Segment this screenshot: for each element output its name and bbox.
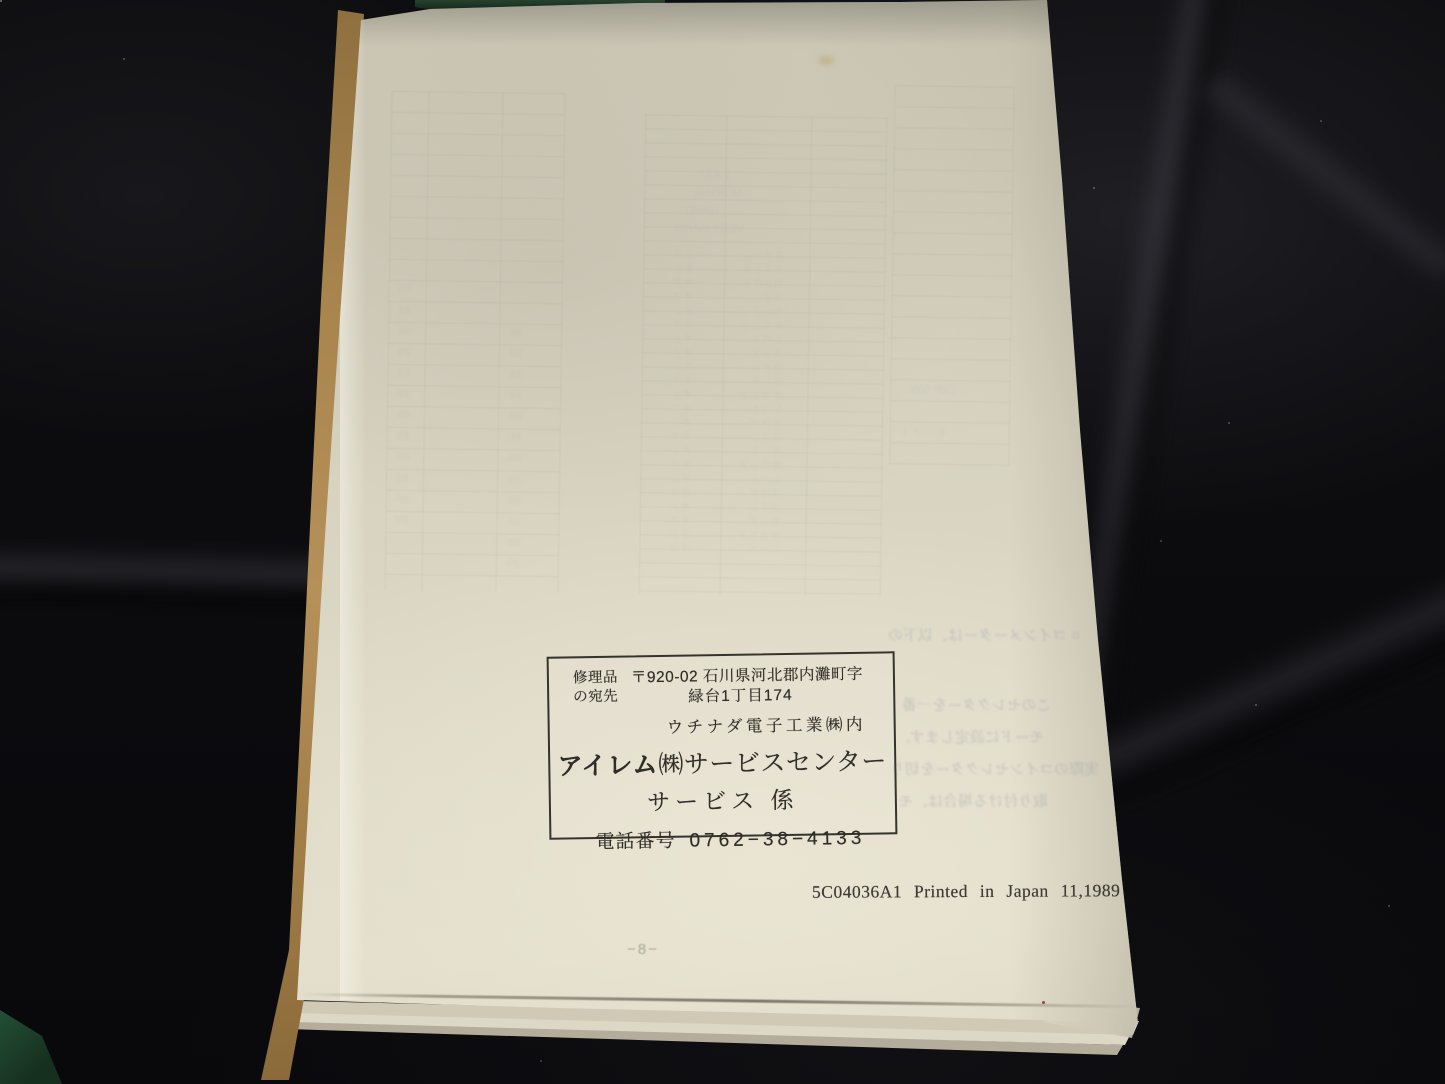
fabric-fold-top-right: [1196, 63, 1445, 289]
showthrough-number-column: 05 20 05 20 05 20 05 20 05 20 05 20: [394, 279, 411, 531]
showthrough-paragraph-line: ○ コインメーターは、以下の: [888, 624, 1080, 645]
fabric-lint-specks: [0, 0, 2, 2]
showthrough-table-left: 05 20 05 20 05 20 05 20 05 20 05 20 05 2…: [385, 91, 566, 593]
address-line2: 緑台1丁目174: [688, 685, 863, 708]
showthrough-text-column: オフ オン オフ オフ オン オフ オン オフ オン オフ オン オフ オン オ…: [668, 249, 694, 557]
showthrough-word: モード I: [903, 421, 949, 441]
showthrough-paragraph-line: モードに設定します。: [896, 726, 1044, 747]
top-sheet-paper: オフ オン オフ オフ オン オフ オン オフ オン オフ オン オフ オン オ…: [0, 0, 1445, 1084]
phone-number: 0762−38−4133: [689, 828, 865, 852]
imprint-text: 5C04036A1 Printed in Japan 11,1989: [812, 880, 1120, 903]
showthrough-word: DIP SW: [909, 381, 955, 397]
showthrough-grid-line: [720, 115, 728, 595]
paper-speck: [1042, 1001, 1045, 1004]
service-center-line: アイレム㈱サービスセンター: [550, 741, 895, 782]
phone-line: 電話番号0762−38−4133: [595, 822, 895, 854]
phone-label: 電話番号: [595, 831, 675, 853]
showthrough-number-column: 05 20 05 20 05 20 05 20 05 20 05 20: [506, 322, 523, 574]
showthrough-paragraph-line: 実際のコインセレクターを切り: [890, 758, 1099, 779]
showthrough-paragraph-line: 取り付ける場合は、モ: [898, 790, 1048, 811]
paper-stain: [818, 56, 834, 65]
showthrough-grid-line: [496, 92, 504, 592]
recipient-label: 修理品 の宛先: [573, 669, 619, 710]
service-center-rest: ㈱サービスセンター: [658, 747, 887, 779]
brand-name: アイレム: [557, 751, 658, 781]
showthrough-word: HARD: [685, 203, 719, 217]
recipient-label-line1: 修理品: [573, 670, 618, 687]
address-row: 修理品 の宛先 〒920-02 石川県河北郡内灘町字 緑台1丁目174: [549, 653, 894, 709]
showthrough-grid-line: [422, 91, 430, 591]
showthrough-table-center: オフ オン オフ オフ オン オフ オン オフ オン オフ オン オフ オン オ…: [639, 114, 888, 597]
showthrough-grid-line: [805, 117, 813, 597]
photo-scene: オフ オン オフ オフ オン オフ オン オフ オン オフ オン オフ オン オ…: [0, 0, 1445, 1084]
recipient-label-line2: の宛先: [573, 689, 618, 706]
showthrough-word: NORMAL: [691, 185, 743, 200]
paper-right-shading: [1010, 0, 1140, 1030]
department-line: サービス 係: [551, 780, 895, 818]
address-text: 〒920-02 石川県河北郡内灘町字 緑台1丁目174: [631, 665, 864, 709]
showthrough-word: VERY HARD: [675, 221, 745, 236]
repair-address-box: 修理品 の宛先 〒920-02 石川県河北郡内灘町字 緑台1丁目174 ウチナダ…: [547, 651, 898, 839]
showthrough-text-column: ステージ タイトル セレクト コイン モード サウンド レベル スコア コイン …: [736, 250, 784, 559]
showthrough-table-right: モード I DIP SW: [889, 85, 1014, 467]
page-number-showthrough: −8−: [627, 941, 659, 958]
showthrough-word: EASY: [697, 167, 729, 181]
company-line: ウチナダ電子工業㈱内: [666, 710, 893, 738]
green-fabric-corner-bottom-left: [0, 1002, 70, 1084]
showthrough-paragraph-line: このセレクターを一番: [902, 694, 1051, 715]
address-line1: 〒920-02 石川県河北郡内灘町字: [631, 666, 863, 687]
